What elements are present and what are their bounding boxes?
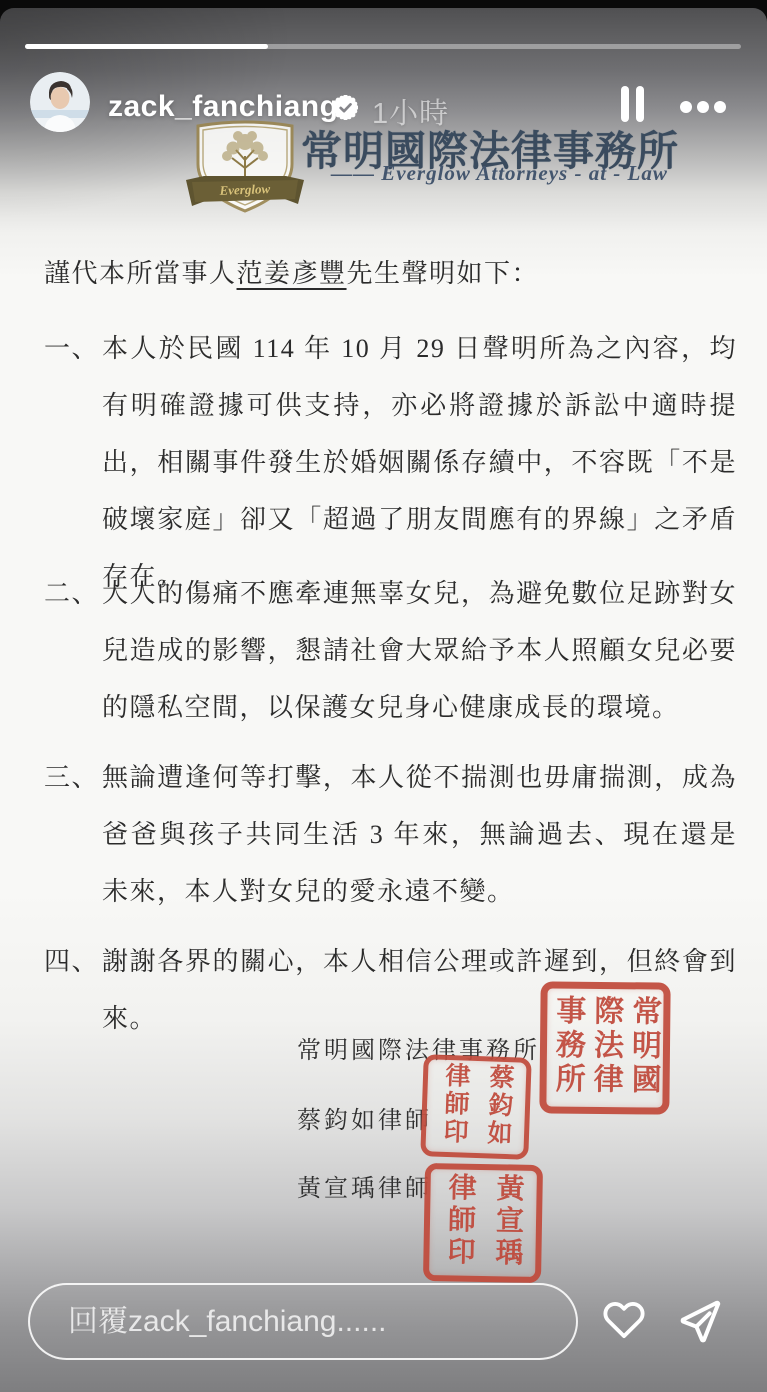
verified-badge-icon [333,95,358,120]
intro-prefix: 謹代本所當事人 [44,259,237,288]
item-3-text: 無論遭逢何等打擊，本人從不揣測也毋庸揣測，成為爸爸與孩子共同生活 3 年來，無論… [102,749,737,920]
statement-item-1: 一、 本人於民國 114 年 10 月 29 日聲明所為之內容，均有明確證據可供… [44,320,737,605]
reply-bar[interactable] [28,1283,578,1360]
statement-item-2: 二、 大人的傷痛不應牽連無辜女兒，為避免數位足跡對女兒造成的影響，懇請社會大眾給… [44,565,737,736]
story-progress-bar [25,44,741,49]
firm-seal-text: 常明國際法律事務所 [547,994,662,1101]
avatar-photo [30,72,90,132]
statement-intro: 謹代本所當事人范姜彥豐先生聲明如下： [44,245,737,302]
client-name: 范姜彥豐 [237,259,347,288]
reply-input[interactable] [30,1285,576,1358]
item-3-marker: 三、 [44,749,99,806]
story-viewport[interactable]: Everglow 常明國際法律事務所 —— Everglow Attorneys… [0,8,767,1392]
pause-button[interactable] [618,86,648,124]
send-icon [683,1303,719,1341]
item-1-text: 本人於民國 114 年 10 月 29 日聲明所為之內容，均有明確證據可供支持，… [102,320,737,605]
lawyer-1-red-seal: 蔡鈞如律師印 [420,1054,531,1160]
intro-suffix: 先生聲明如下： [347,259,540,288]
lawyer-2-seal-text: 黃宣瑀律師印 [434,1172,532,1274]
item-4-marker: 四、 [44,933,99,990]
lawyer-2-red-seal: 黃宣瑀律師印 [423,1163,543,1283]
share-send-button[interactable] [678,1299,724,1345]
ribbon-text: Everglow [218,181,270,198]
statement-item-3: 三、 無論遭逢何等打擊，本人從不揣測也毋庸揣測，成為爸爸與孩子共同生活 3 年來… [44,749,737,920]
item-1-marker: 一、 [44,320,99,377]
more-options-button[interactable] [680,96,738,118]
item-2-marker: 二、 [44,565,99,622]
pause-icon [621,86,629,122]
ellipsis-icon [680,101,692,113]
story-username[interactable]: zack_fanchiang [108,90,338,124]
firm-name-english: —— Everglow Attorneys - at - Law [331,161,668,186]
phone-screen: Everglow 常明國際法律事務所 —— Everglow Attorneys… [0,0,767,1392]
story-progress-fill [25,44,268,49]
heart-like-button[interactable] [601,1298,647,1342]
law-firm-crest-logo: Everglow [184,116,306,218]
signature-lawyer-2: 黃宣瑀律師 [297,1168,432,1203]
signature-lawyer-1: 蔡鈞如律師 [297,1100,432,1135]
story-timestamp: 1小時 [372,91,449,132]
firm-red-seal: 常明國際法律事務所 [539,981,670,1114]
avatar[interactable] [30,72,90,132]
heart-icon [605,1304,642,1336]
item-2-text: 大人的傷痛不應牽連無辜女兒，為避免數位足跡對女兒造成的影響，懇請社會大眾給予本人… [102,565,737,736]
lawyer-1-seal-text: 蔡鈞如律師印 [430,1061,521,1152]
